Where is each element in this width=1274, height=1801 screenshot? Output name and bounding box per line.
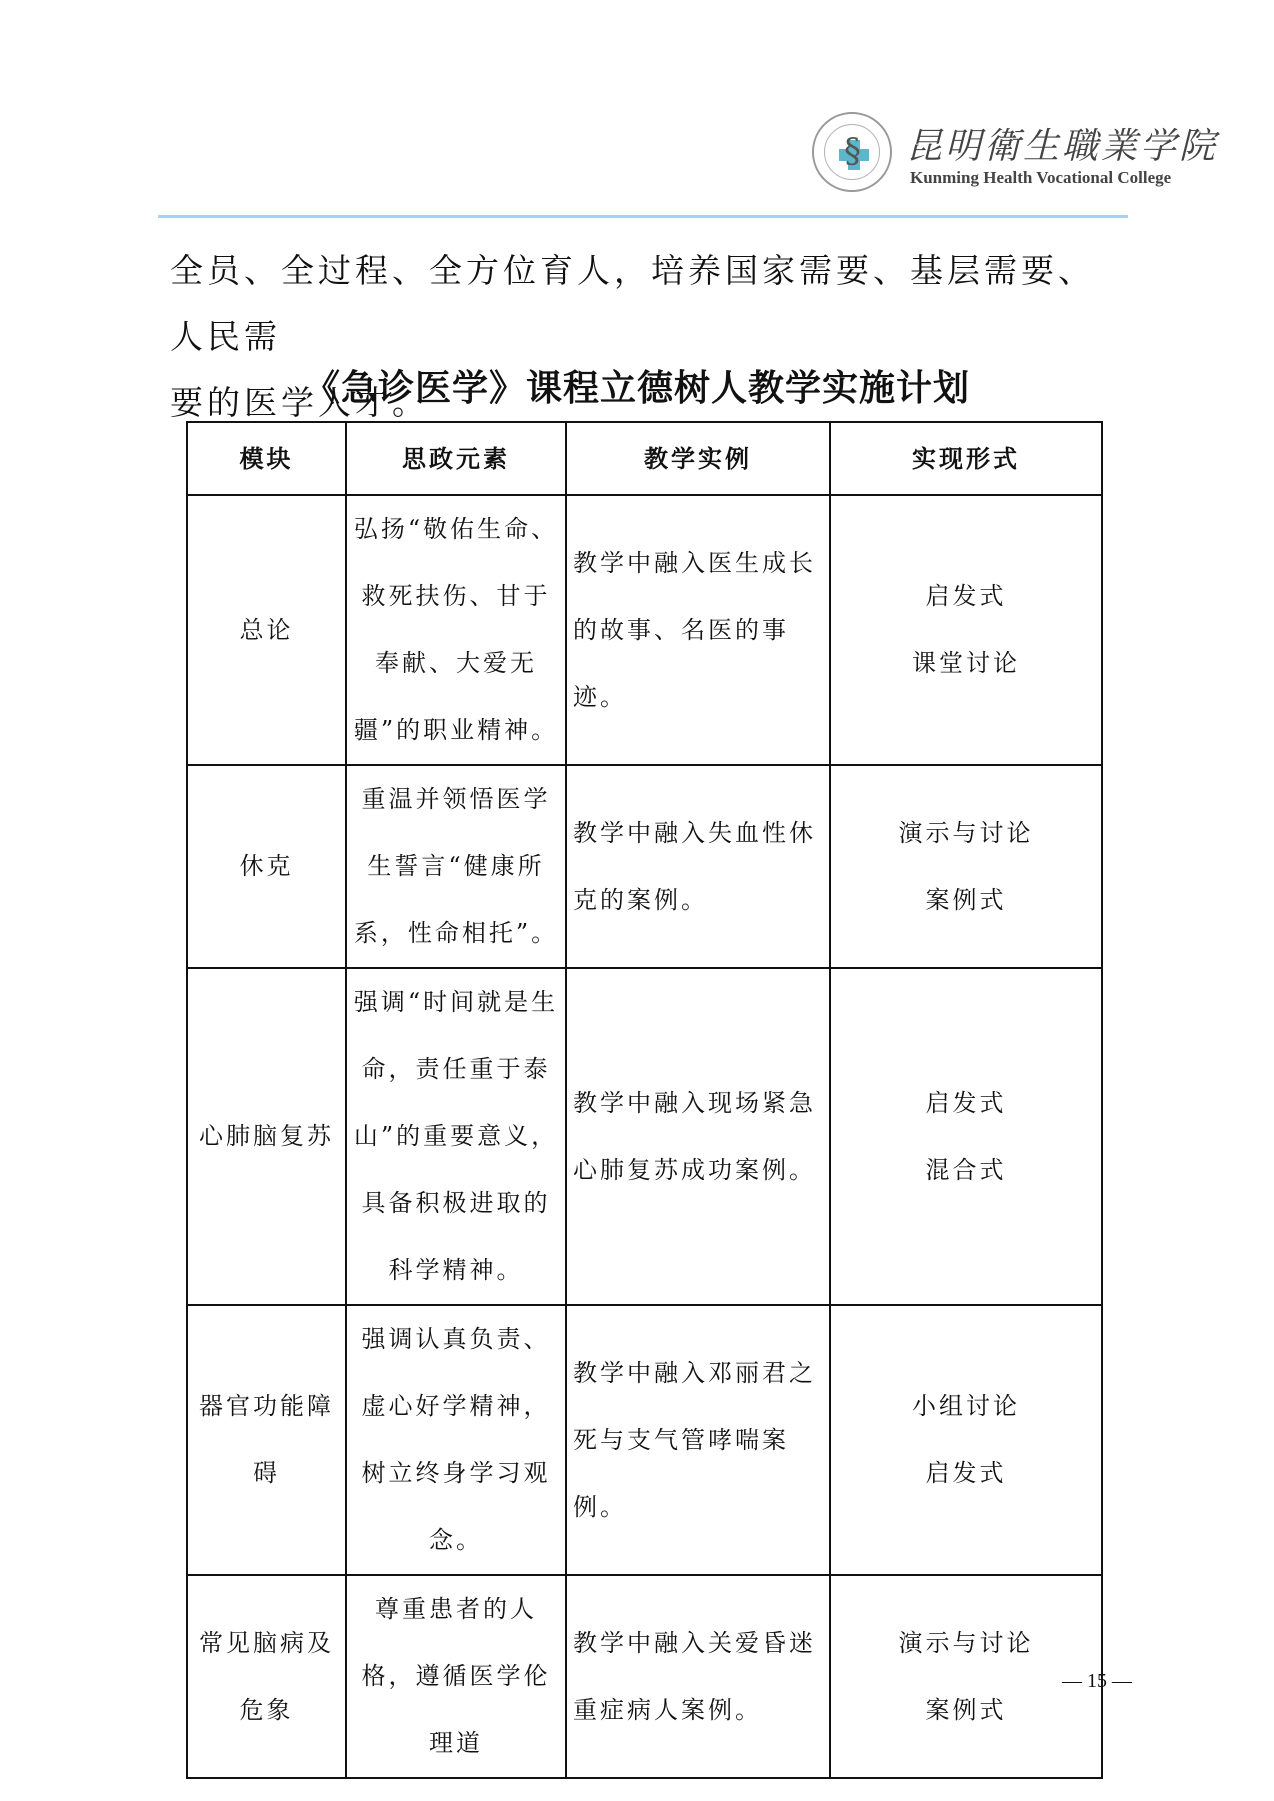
cell-element: 强调“时间就是生命，责任重于泰山”的重要意义，具备积极进取的科学精神。 (346, 968, 566, 1305)
table-row: 器官功能障碍 强调认真负责、虚心好学精神，树立终身学习观念。 教学中融入邓丽君之… (187, 1305, 1102, 1575)
header-example: 教学实例 (566, 422, 830, 495)
intro-line-1: 全员、全过程、全方位育人，培养国家需要、基层需要、人民需 (170, 238, 1130, 370)
header-form: 实现形式 (830, 422, 1102, 495)
form-line-2: 案例式 (837, 867, 1095, 934)
form-line-1: 演示与讨论 (837, 800, 1095, 867)
table-row: 心肺脑复苏 强调“时间就是生命，责任重于泰山”的重要意义，具备积极进取的科学精神… (187, 968, 1102, 1305)
table-title: 《急诊医学》课程立德树人教学实施计划 (0, 360, 1274, 411)
cell-module: 总论 (187, 495, 346, 765)
form-line-1: 启发式 (837, 1070, 1095, 1137)
cell-example: 教学中融入邓丽君之死与支气管哮喘案例。 (566, 1305, 830, 1575)
college-name-cn: 昆明衛生職業学院 (906, 118, 1218, 169)
cell-module: 器官功能障碍 (187, 1305, 346, 1575)
college-logo: § 昆明衛生職業学院 Kunming Health Vocational Col… (812, 112, 1192, 196)
cell-module: 心肺脑复苏 (187, 968, 346, 1305)
cell-form: 启发式 课堂讨论 (830, 495, 1102, 765)
cell-form: 演示与讨论 案例式 (830, 765, 1102, 968)
cell-example: 教学中融入失血性休克的案例。 (566, 765, 830, 968)
cell-element: 尊重患者的人格，遵循医学伦理道 (346, 1575, 566, 1778)
college-name-en: Kunming Health Vocational College (910, 168, 1171, 188)
dragon-icon: § (844, 134, 861, 168)
form-line-2: 案例式 (837, 1677, 1095, 1744)
teaching-plan-table: 模块 思政元素 教学实例 实现形式 总论 弘扬“敬佑生命、救死扶伤、甘于奉献、大… (186, 421, 1103, 1779)
cell-element: 强调认真负责、虚心好学精神，树立终身学习观念。 (346, 1305, 566, 1575)
college-emblem-icon: § (812, 112, 892, 192)
header-element: 思政元素 (346, 422, 566, 495)
cell-example: 教学中融入现场紧急心肺复苏成功案例。 (566, 968, 830, 1305)
table-header-row: 模块 思政元素 教学实例 实现形式 (187, 422, 1102, 495)
cell-example: 教学中融入关爱昏迷重症病人案例。 (566, 1575, 830, 1778)
cell-element: 重温并领悟医学生誓言“健康所系，性命相托”。 (346, 765, 566, 968)
cell-module: 常见脑病及危象 (187, 1575, 346, 1778)
table-row: 常见脑病及危象 尊重患者的人格，遵循医学伦理道 教学中融入关爱昏迷重症病人案例。… (187, 1575, 1102, 1778)
cell-element: 弘扬“敬佑生命、救死扶伤、甘于奉献、大爱无疆”的职业精神。 (346, 495, 566, 765)
form-line-1: 演示与讨论 (837, 1610, 1095, 1677)
cell-form: 启发式 混合式 (830, 968, 1102, 1305)
form-line-2: 课堂讨论 (837, 630, 1095, 697)
cell-example: 教学中融入医生成长的故事、名医的事迹。 (566, 495, 830, 765)
header-module: 模块 (187, 422, 346, 495)
form-line-1: 启发式 (837, 563, 1095, 630)
page-number: — 15 — (1062, 1670, 1132, 1693)
cell-form: 小组讨论 启发式 (830, 1305, 1102, 1575)
table-row: 休克 重温并领悟医学生誓言“健康所系，性命相托”。 教学中融入失血性休克的案例。… (187, 765, 1102, 968)
form-line-2: 启发式 (837, 1440, 1095, 1507)
table-row: 总论 弘扬“敬佑生命、救死扶伤、甘于奉献、大爱无疆”的职业精神。 教学中融入医生… (187, 495, 1102, 765)
form-line-2: 混合式 (837, 1137, 1095, 1204)
form-line-1: 小组讨论 (837, 1373, 1095, 1440)
header-divider (158, 215, 1128, 218)
cell-module: 休克 (187, 765, 346, 968)
